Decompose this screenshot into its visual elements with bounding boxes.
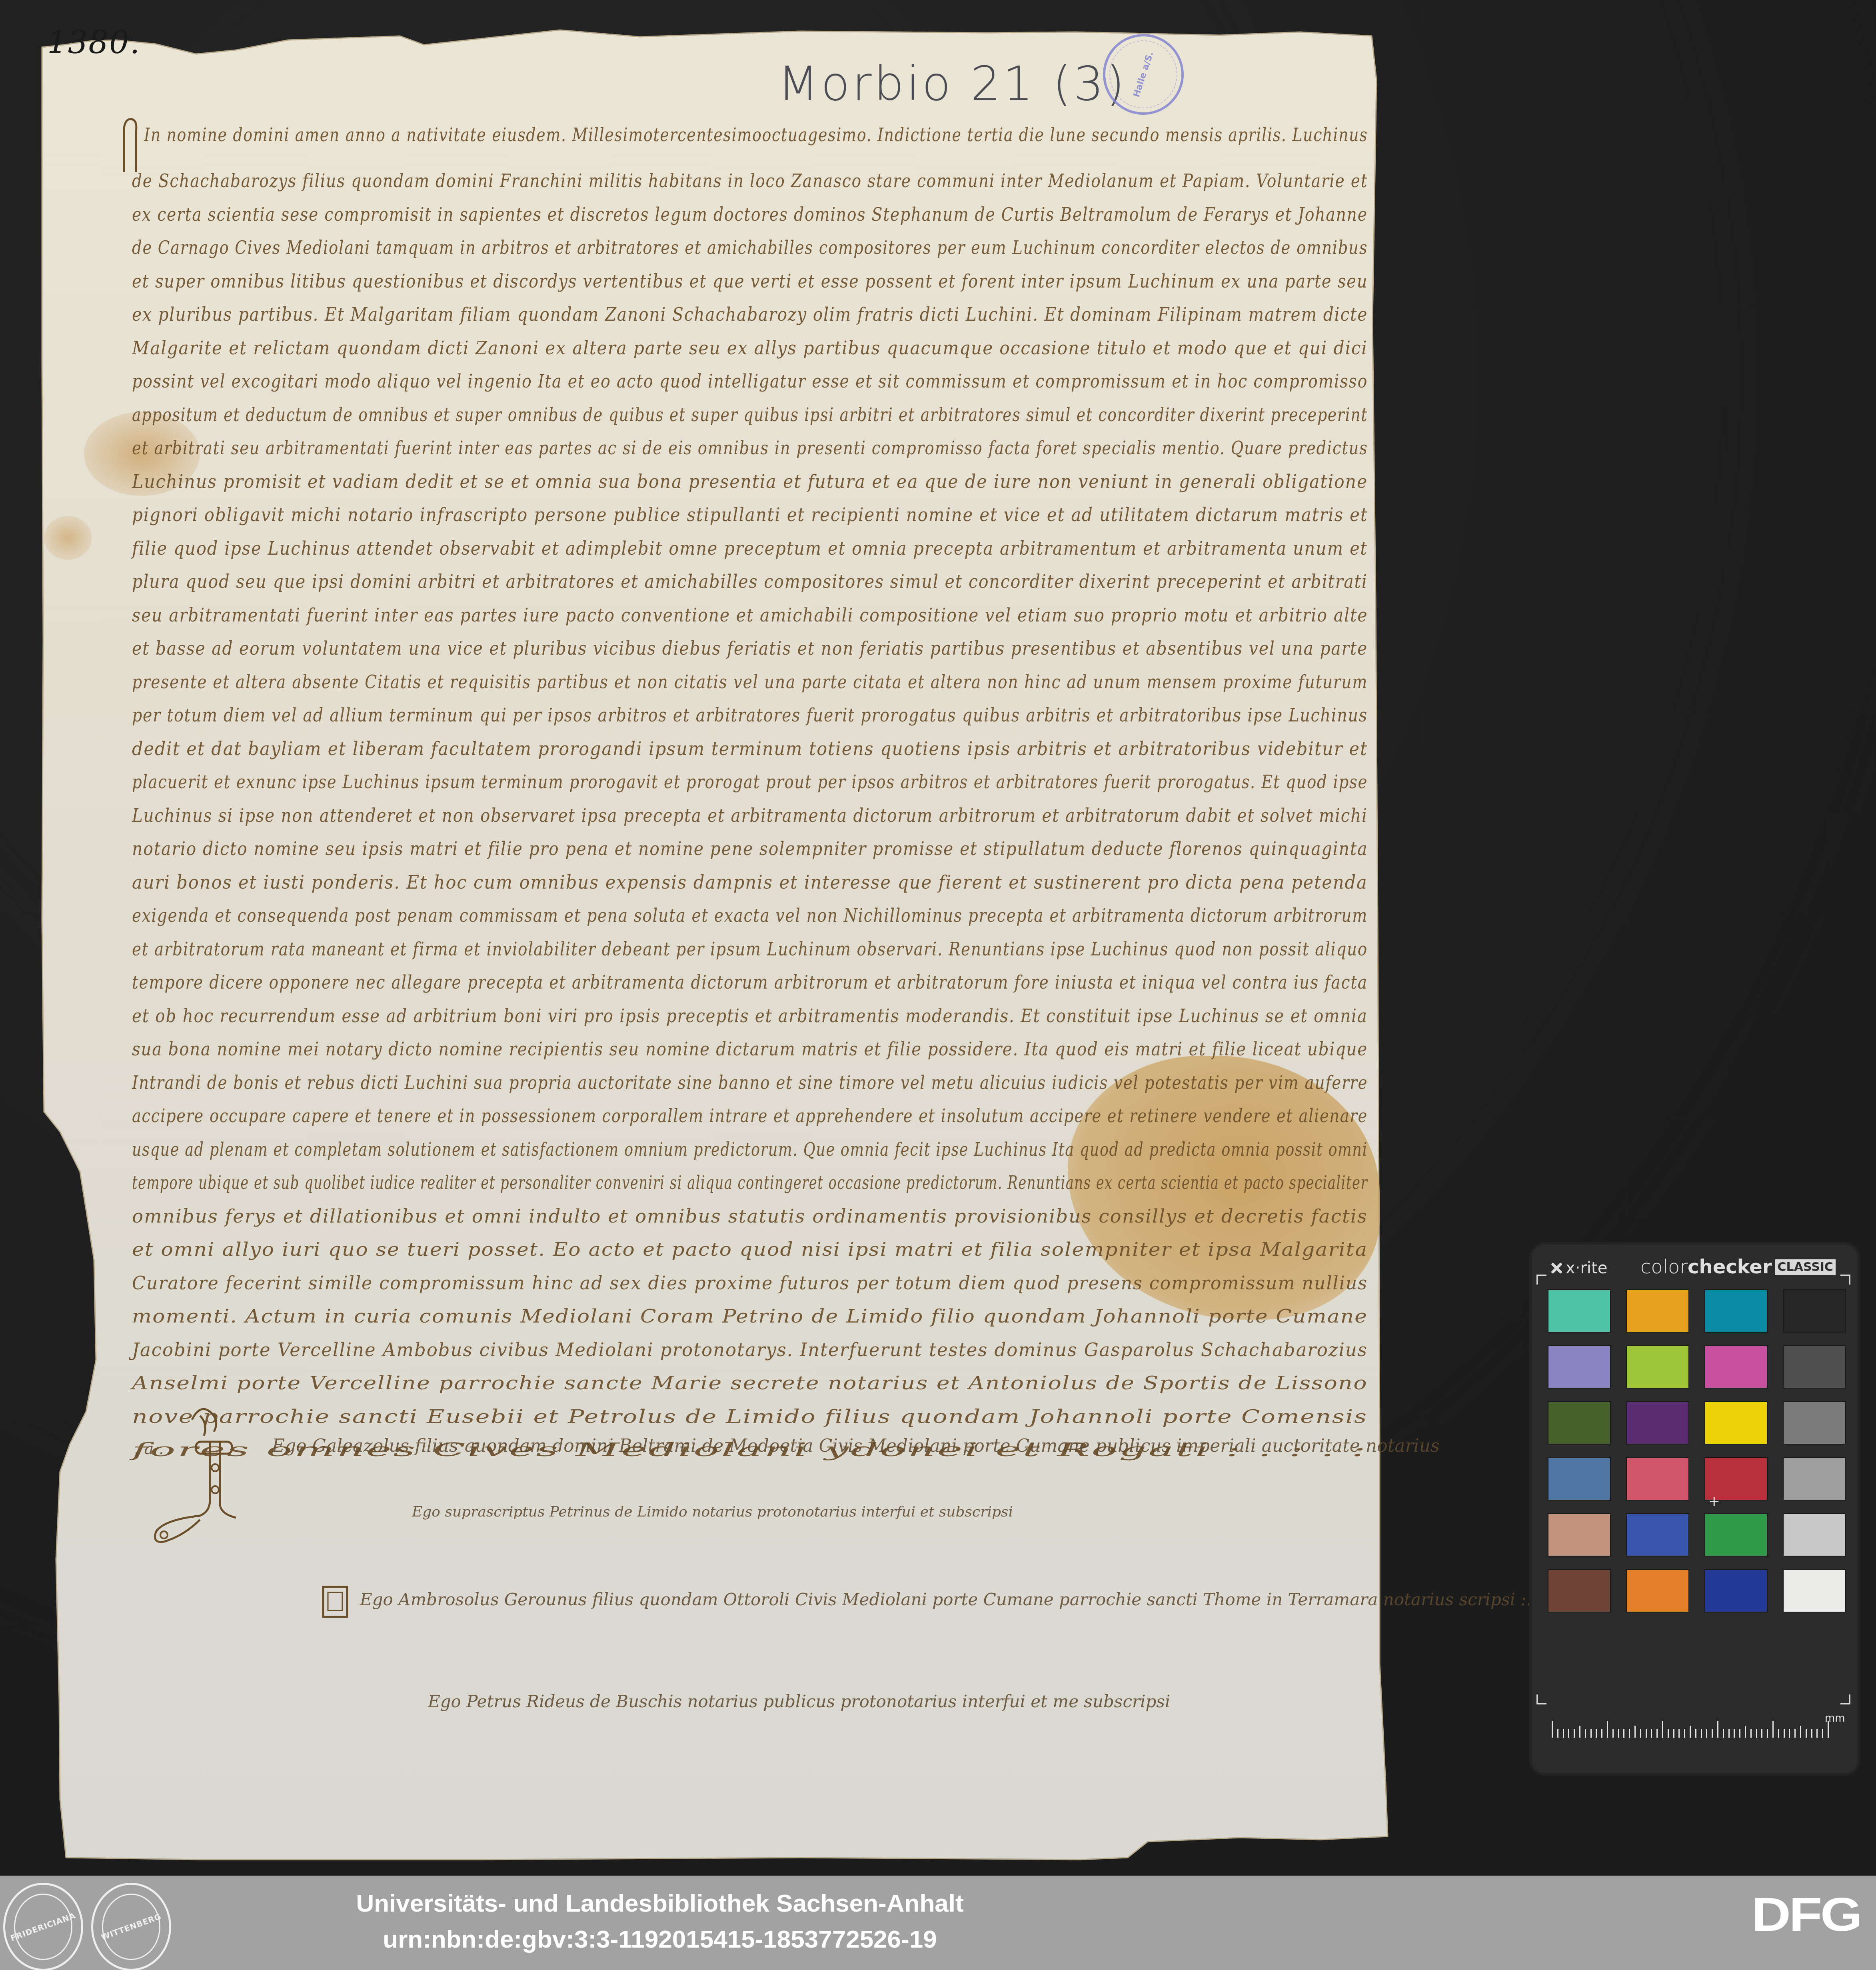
color-patch [1704,1401,1768,1445]
xrite-logo: x·rite [1550,1259,1607,1277]
ruler-tick [1794,1729,1796,1738]
notarial-sign-icon [140,1404,272,1548]
ruler-tick [1690,1726,1691,1738]
ruler-tick [1734,1729,1735,1738]
ruler-tick [1557,1729,1558,1738]
color-patch [1548,1401,1611,1445]
ruler-unit-label: mm [1825,1712,1845,1724]
text-line: Jacobini porte Vercelline Ambobus civibu… [132,1339,1368,1361]
color-patch [1626,1457,1689,1500]
ruler-tick [1579,1726,1580,1738]
text-line: dedit et dat bayliam et liberam facultat… [132,738,1368,759]
title-light: color [1640,1256,1688,1278]
color-patch [1626,1345,1689,1389]
color-patch [1548,1457,1611,1500]
color-patch [1548,1569,1611,1612]
color-patch [1783,1457,1846,1500]
ruler-tick [1607,1721,1608,1738]
ruler-tick [1634,1726,1636,1738]
signature-line-1: Ego Galeazolus filius quondam domini Bel… [272,1436,1440,1456]
text-line: presente et altera absente Citatis et re… [132,671,1368,693]
text-line: appositum et deductum de omnibus et supe… [132,404,1368,426]
classic-badge: CLASSIC [1775,1259,1836,1275]
text-line: Anselmi porte Vercelline parrochie sanct… [132,1372,1368,1394]
text-line: pignori obligavit michi notario infrascr… [132,504,1368,525]
notarial-prefix: . a . [134,1440,164,1458]
digitization-footer: FRIDERICIANA WITTENBERG Universitäts- un… [0,1876,1876,1970]
color-patch [1626,1401,1689,1445]
ruler-tick [1739,1729,1740,1738]
ruler-tick [1646,1729,1647,1738]
ruler-tick [1806,1729,1807,1738]
text-line: tempore ubique et sub quolibet iudice re… [132,1172,1368,1193]
urn-identifier[interactable]: urn:nbn:de:gbv:3:3-1192015415-1853772526… [0,1925,1320,1954]
archive-date-annotation: 1380. [47,25,140,61]
color-patch [1704,1569,1768,1612]
ruler-tick [1695,1729,1696,1738]
text-line: placuerit et exnunc ipse Luchinus ipsum … [132,771,1368,793]
crop-corner-tl-icon [1536,1275,1546,1285]
text-line: et ob hoc recurrendum esse ad arbitrium … [132,1005,1368,1027]
dfg-logo: DFG [1752,1888,1861,1942]
color-patch [1783,1345,1846,1389]
text-line: accipere occupare capere et tenere et in… [132,1105,1368,1127]
color-patch [1783,1513,1846,1556]
ruler-tick [1717,1721,1718,1738]
color-patch [1783,1401,1846,1445]
ruler-tick [1640,1729,1641,1738]
text-line: et omni allyo iuri quo se tueri posset. … [132,1239,1368,1260]
text-line: per totum diem vel ad allium terminum qu… [132,704,1368,726]
ruler-tick [1673,1729,1674,1738]
ruler-tick [1563,1729,1564,1738]
text-line: Curatore fecerint simille compromissum h… [132,1272,1368,1294]
text-line: momenti. Actum in curia comunis Mediolan… [132,1305,1368,1327]
colorchecker-classic-target: x·rite colorchecker CLASSIC + mm [1532,1245,1858,1773]
ruler-tick [1574,1729,1575,1738]
xrite-x-icon [1550,1261,1563,1275]
color-patch-grid [1548,1289,1846,1612]
signature-line-3: Ego Ambrosolus Gerounus filius quondam O… [360,1590,1532,1609]
text-line: nove parrochie sancti Eusebii et Petrolu… [132,1406,1368,1427]
text-line: usque ad plenam et completam solutionem … [132,1139,1368,1160]
text-line: filie quod ipse Luchinus attendet observ… [132,537,1368,559]
text-line: et basse ad eorum voluntatem una vice et… [132,637,1368,659]
color-patch [1626,1289,1689,1333]
ruler-tick [1767,1729,1768,1738]
color-patch [1548,1289,1611,1333]
ruler-tick [1761,1729,1762,1738]
ruler-tick [1601,1729,1602,1738]
ruler-tick [1668,1729,1669,1738]
text-line: Luchinus promisit et vadiam dedit et se … [132,471,1368,492]
ruler-tick [1629,1729,1630,1738]
ruler-tick [1585,1729,1586,1738]
text-line: plura quod seu que ipsi domini arbitri e… [132,571,1368,592]
ruler-tick [1596,1729,1597,1738]
ruler-tick [1706,1729,1707,1738]
xrite-brand-text: x·rite [1566,1259,1607,1277]
ruler-tick [1701,1729,1702,1738]
text-line: et arbitratorum rata maneant et firma et… [132,938,1368,960]
shelfmark-annotation: Morbio 21 (3) [778,56,1127,111]
library-name: Universitäts- und Landesbibliothek Sachs… [0,1889,1320,1918]
text-line: possint vel excogitari modo aliquo vel i… [132,370,1368,392]
crop-corner-bl-icon [1536,1694,1546,1704]
ruler-tick [1745,1726,1746,1738]
mm-ruler [1552,1718,1848,1738]
color-patch [1783,1569,1846,1612]
ruler-tick [1662,1721,1663,1738]
ruler-tick [1612,1729,1614,1738]
ruler-tick [1590,1729,1592,1738]
water-stain-left-small [44,516,92,560]
title-bold: checker [1688,1256,1772,1278]
ruler-tick [1816,1729,1818,1738]
ruler-tick [1811,1729,1812,1738]
colorchecker-title: colorchecker CLASSIC [1640,1256,1836,1278]
ruler-tick [1784,1729,1785,1738]
text-line: de Schachabarozys filius quondam domini … [132,170,1368,192]
ruler-tick [1552,1721,1553,1738]
ruler-tick [1678,1729,1680,1738]
ruler-tick [1618,1729,1619,1738]
color-patch [1548,1345,1611,1389]
text-line: et arbitrati seu arbitramentati fuerint … [132,437,1368,459]
crop-corner-br-icon [1840,1694,1850,1704]
color-patch [1704,1289,1768,1333]
text-line: notario dicto nomine seu ipsis matri et … [132,838,1368,859]
signature-line-2: Ego suprascriptus Petrinus de Limido not… [412,1504,1013,1520]
text-line: et super omnibus litibus questionibus et… [132,270,1368,292]
ruler-tick [1712,1729,1713,1738]
text-line: Luchinus si ipse non attenderet et non o… [132,805,1368,826]
ruler-tick [1656,1729,1658,1738]
color-patch [1704,1345,1768,1389]
text-line: ex certa scientia sese compromisit in sa… [132,204,1368,225]
crop-corner-tr-icon [1840,1275,1850,1285]
text-line: Intrandi de bonis et rebus dicti Luchini… [132,1072,1368,1093]
ruler-tick [1623,1729,1624,1738]
text-line: de Carnago Cives Mediolani tamquam in ar… [132,237,1368,258]
text-line: sua bona nomine mei notary dicto nomine … [132,1038,1368,1060]
ruler-tick [1772,1721,1774,1738]
decorated-initial-i-icon [120,116,144,176]
color-patch [1626,1569,1689,1612]
color-patch [1626,1513,1689,1556]
ruler-tick [1778,1729,1779,1738]
text-line: seu arbitramentati fuerint inter eas par… [132,604,1368,626]
text-line: tempore dicere opponere nec allegare pre… [132,971,1368,993]
signature-line-4: Ego Petrus Rideus de Buschis notarius pu… [428,1692,1170,1711]
text-line: exigenda et consequenda post penam commi… [132,905,1368,926]
color-patch [1704,1513,1768,1556]
ruler-tick [1728,1729,1730,1738]
ruler-tick [1750,1729,1752,1738]
color-patch [1783,1289,1846,1333]
ruler-tick [1800,1726,1801,1738]
ruler-tick [1568,1729,1569,1738]
text-line: ex pluribus partibus. Et Malgaritam fili… [132,304,1368,325]
notarial-box-sign-icon [320,1584,356,1624]
ruler-tick [1684,1729,1685,1738]
ruler-tick [1822,1729,1823,1738]
ruler-tick [1723,1729,1724,1738]
color-patch [1548,1513,1611,1556]
text-line-opening: In nomine domini amen anno a nativitate … [144,124,1368,146]
text-line: auri bonos et iusti ponderis. Et hoc cum… [132,871,1368,893]
ruler-tick [1756,1729,1757,1738]
ruler-tick [1789,1729,1790,1738]
text-line: Malgarite et relictam quondam dicti Zano… [132,337,1368,359]
ruler-tick [1651,1729,1652,1738]
text-line: omnibus ferys et dillationibus et omni i… [132,1205,1368,1227]
crosshair-icon: + [1708,1494,1720,1508]
